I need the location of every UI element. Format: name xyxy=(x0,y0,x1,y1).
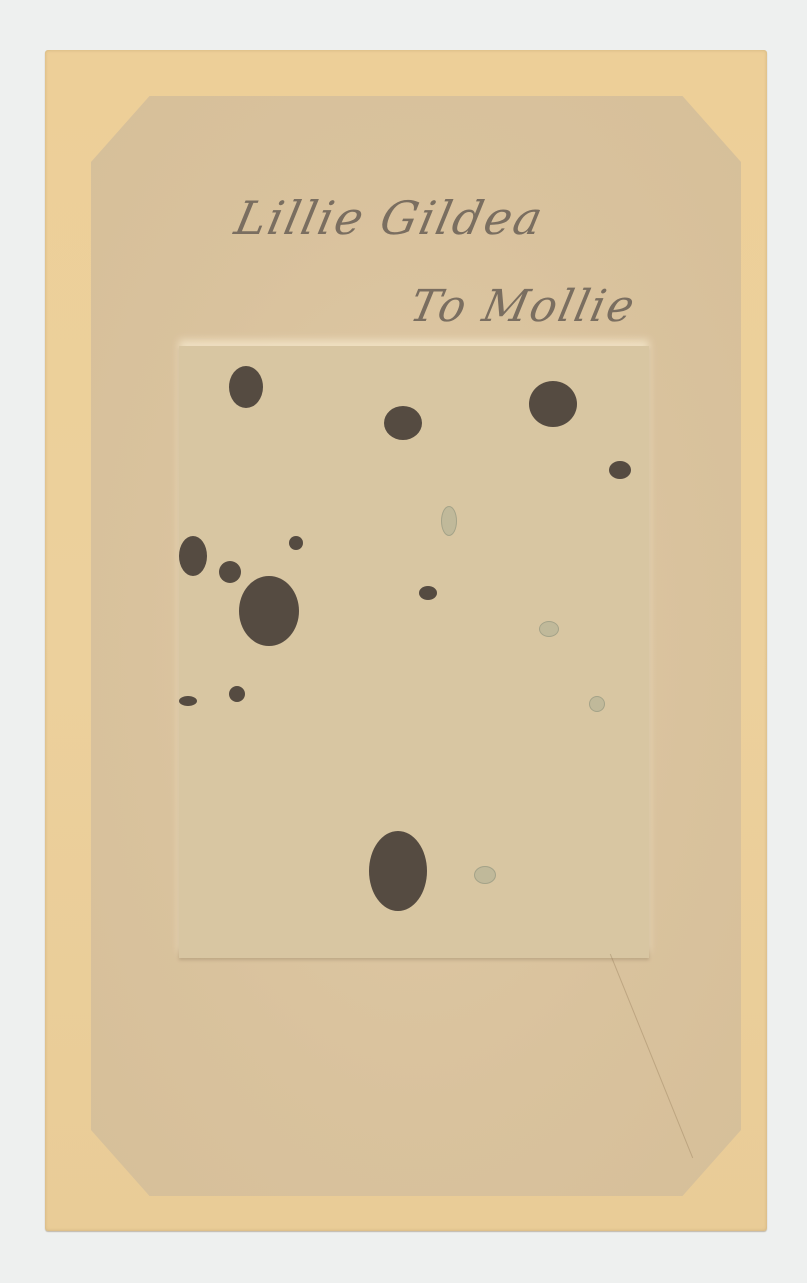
paper-backing: Lillie Gildea To Mollie xyxy=(91,96,741,1196)
photo-card-mount: Lillie Gildea To Mollie xyxy=(45,50,767,1231)
inscription-name: Lillie Gildea xyxy=(230,191,549,245)
paper-crease xyxy=(610,954,693,1158)
inscription-dedication: To Mollie xyxy=(406,281,641,332)
stained-photo-window xyxy=(179,346,649,958)
